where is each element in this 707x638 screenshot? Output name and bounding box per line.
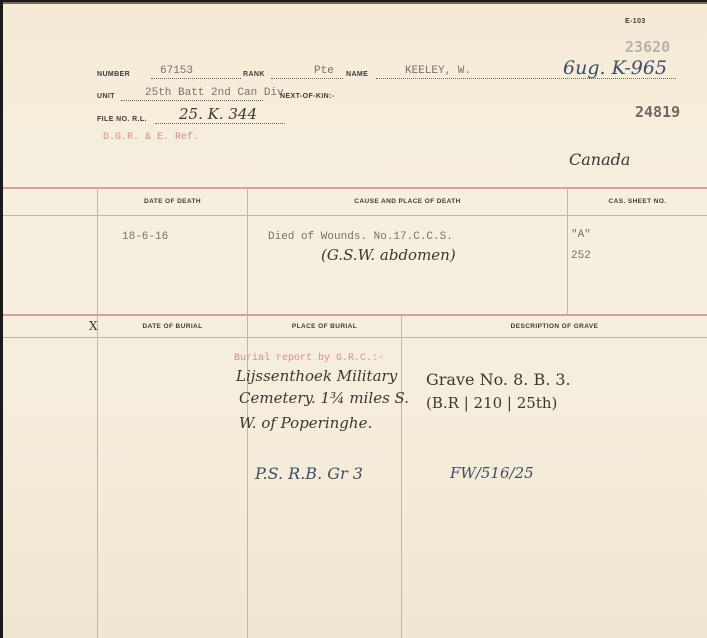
rule-col-2	[247, 188, 248, 638]
file-number-dotted-line	[155, 123, 285, 124]
margin-x-mark: X	[89, 319, 98, 333]
name-annotation: 6ug. K-965	[563, 57, 667, 79]
burial-report-line: Burial report by G.R.C.:-	[234, 353, 384, 364]
rank-dotted-line	[271, 78, 343, 79]
rule-death-top	[3, 187, 707, 189]
dgre-reference: D.G.R. & E. Ref.	[103, 132, 199, 143]
column-header-cause-place-of-death: Cause and Place of Death	[248, 198, 567, 205]
unit-label: Unit	[97, 93, 115, 100]
number-value: 67153	[160, 65, 193, 77]
rule-burial-top	[3, 314, 707, 316]
column-header-cas-sheet: Cas. Sheet No.	[568, 198, 707, 205]
unit-dotted-line	[121, 100, 263, 101]
column-header-description-of-grave: Description of Grave	[402, 323, 707, 330]
column-header-place-of-burial: Place of Burial	[248, 323, 401, 330]
rule-col-cas-sheet	[567, 188, 568, 315]
grave-number: Grave No. 8. B. 3.	[426, 370, 571, 389]
rule-col-grave	[401, 315, 402, 638]
file-number-value: 25. K. 344	[179, 105, 257, 123]
stamp-number-top: 23620	[625, 38, 670, 56]
cause-of-death-handwritten: (G.S.W. abdomen)	[321, 246, 456, 264]
rule-burial-header-bottom	[3, 337, 707, 338]
grave-file-reference: FW/516/25	[450, 464, 534, 482]
next-of-kin-label: Next-of-Kin:-	[280, 93, 335, 100]
number-label: Number	[97, 71, 130, 78]
file-number-label: File No. R.L.	[97, 116, 147, 123]
place-of-burial-line-3: W. of Poperinghe.	[239, 414, 372, 432]
rank-label: Rank	[243, 71, 265, 78]
country-annotation: Canada	[569, 150, 630, 169]
name-label: Name	[346, 71, 368, 78]
column-header-date-of-death: Date of Death	[98, 198, 247, 205]
place-of-burial-line-1: Lijssenthoek Military	[236, 367, 397, 385]
cause-of-death-typed: Died of Wounds. No.17.C.C.S.	[268, 231, 453, 243]
rank-value: Pte	[314, 65, 334, 77]
form-code: E-103	[625, 18, 646, 25]
rule-col-left	[97, 188, 98, 638]
column-header-date-of-burial: Date of Burial	[98, 323, 247, 330]
place-of-burial-line-2: Cemetery. 1¾ miles S.	[239, 389, 409, 407]
place-of-burial-reference: P.S. R.B. Gr 3	[255, 464, 363, 483]
number-dotted-line	[151, 78, 241, 79]
stamp-number-mid: 24819	[635, 103, 680, 121]
date-of-death-value: 18-6-16	[122, 231, 168, 243]
cas-sheet-letter: "A"	[571, 229, 591, 241]
rule-death-header-bottom	[3, 215, 707, 216]
name-value: KEELEY, W.	[405, 65, 471, 77]
grave-register-reference: (B.R | 210 | 25th)	[426, 394, 557, 412]
casualty-record-card: E-103 23620 24819 Number 67153 Rank Pte …	[3, 2, 707, 638]
cas-sheet-number: 252	[571, 250, 591, 262]
unit-value: 25th Batt 2nd Can Div	[145, 87, 284, 99]
